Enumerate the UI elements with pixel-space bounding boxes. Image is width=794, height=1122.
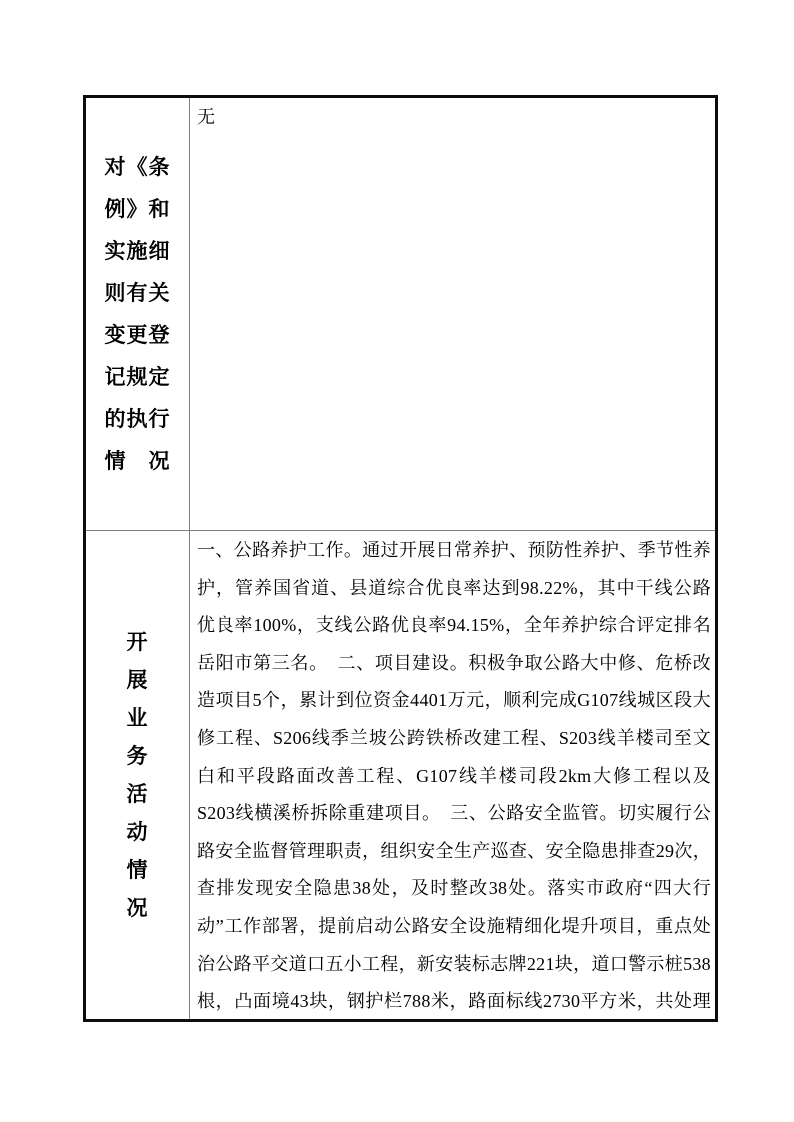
row1-label-line: 记规定 [105,356,171,398]
row2-label-char: 况 [127,889,149,927]
row1-label-line: 例》和 [105,188,171,230]
row1-label-line: 实施细 [105,230,171,272]
row1-content-text: 无 [197,99,711,137]
row2-label-char: 展 [127,661,149,699]
row1-label-cell: 对《条 例》和 实施细 则有关 变更登 记规定 的执行 情 况 [86,98,190,531]
row2-label-char: 活 [127,775,149,813]
row2-label-char: 动 [127,813,149,851]
row2-content-cell: 一、公路养护工作。通过开展日常养护、预防性养护、季节性养护，管养国省道、县道综合… [190,531,715,1019]
row2-label-char: 务 [127,737,149,775]
row2-content-text: 一、公路养护工作。通过开展日常养护、预防性养护、季节性养护，管养国省道、县道综合… [197,532,711,1019]
document-page: 对《条 例》和 实施细 则有关 变更登 记规定 的执行 情 况 无 开 展 业 … [0,0,794,1122]
registration-form-table: 对《条 例》和 实施细 则有关 变更登 记规定 的执行 情 况 无 开 展 业 … [83,95,718,1022]
row2-label-char: 开 [127,623,149,661]
row2-label-char: 业 [127,699,149,737]
row2-label-cell: 开 展 业 务 活 动 情 况 [86,531,190,1019]
row1-label-line: 对《条 [105,146,171,188]
row2-label-char: 情 [127,851,149,889]
row1-content-cell: 无 [190,98,715,531]
row1-label-line: 情 况 [105,440,171,482]
row1-label-line: 变更登 [105,314,171,356]
row1-label-line: 的执行 [105,398,171,440]
row1-label-line: 则有关 [105,272,171,314]
